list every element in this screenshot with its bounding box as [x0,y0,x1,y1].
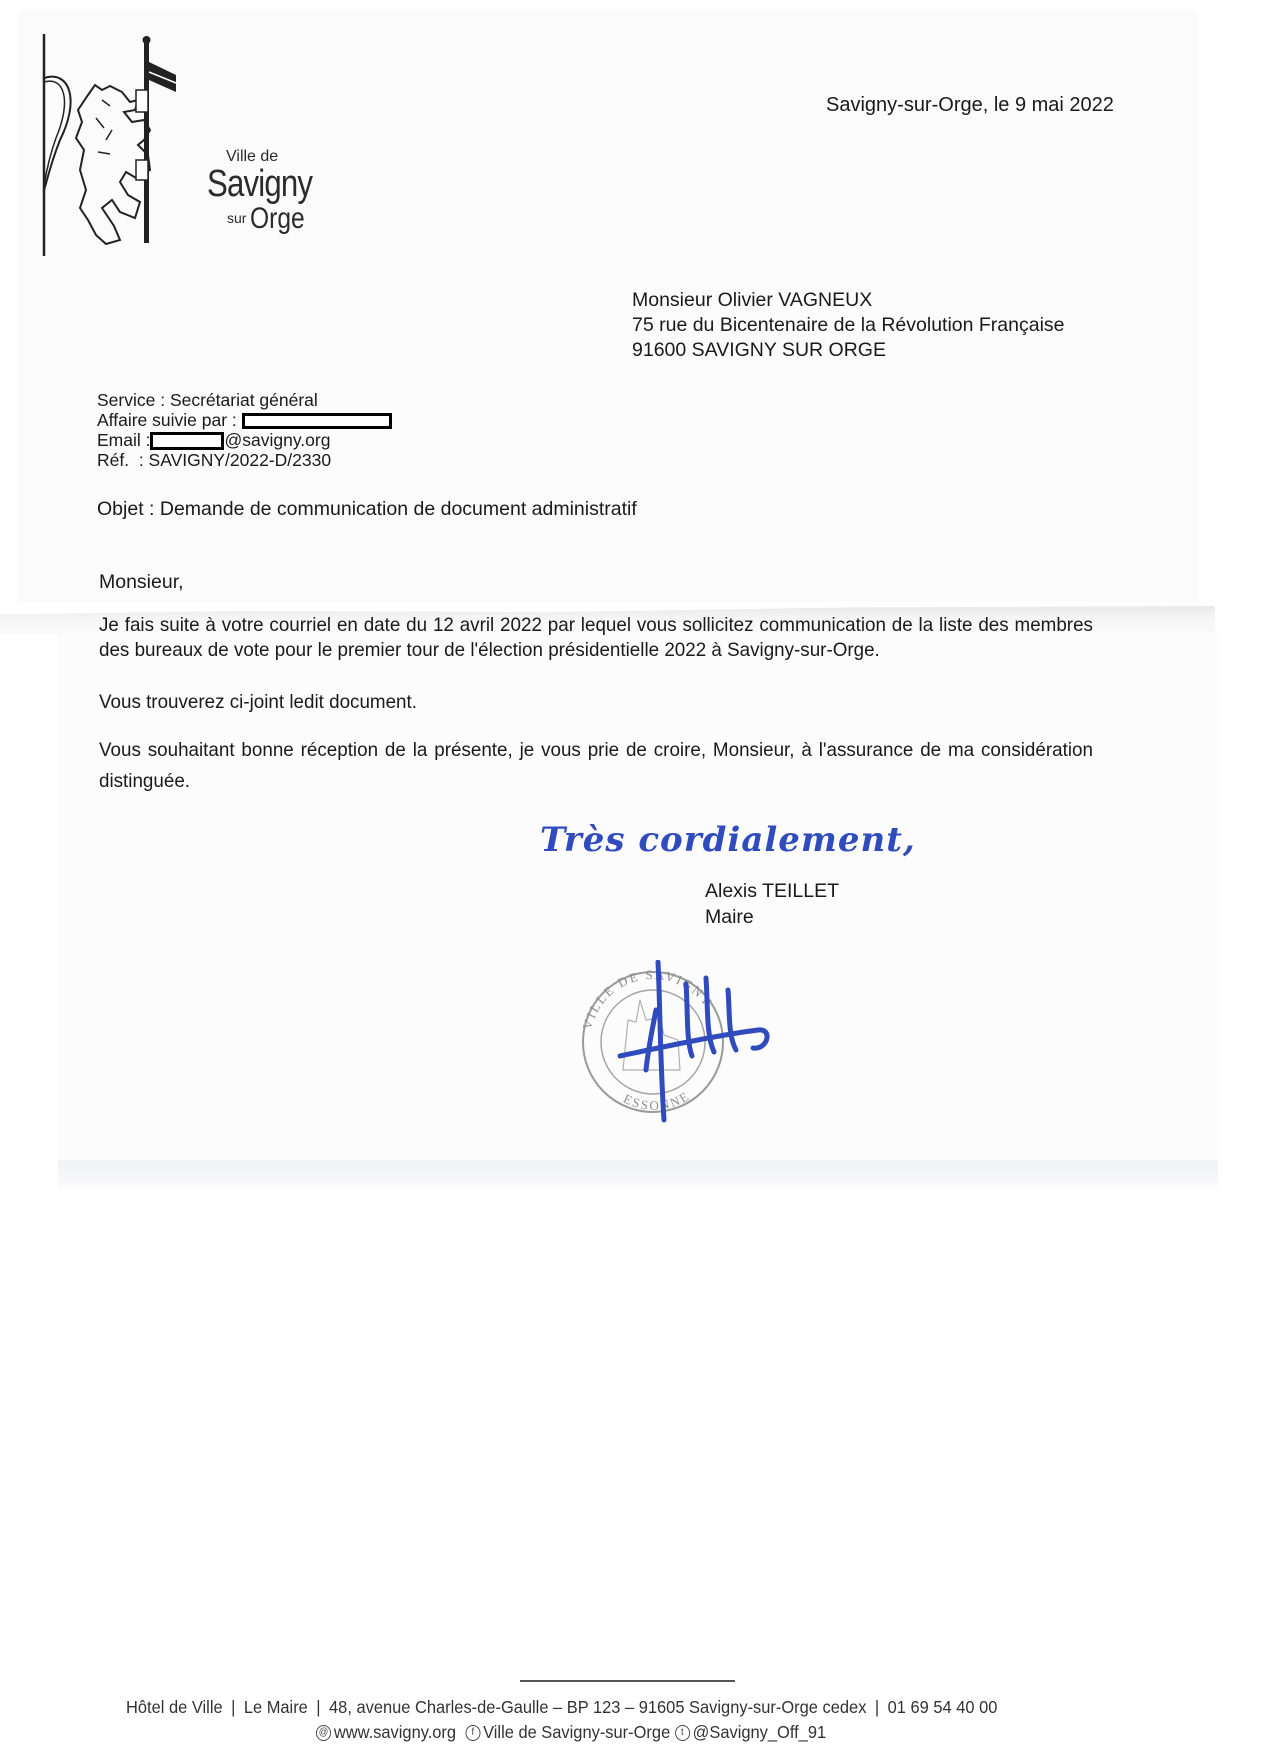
handwritten-closing: Très cordialement, [540,820,916,860]
footer-links: @www.savigny.org fVille de Savigny-sur-O… [316,1722,826,1743]
footer-hotel-de-ville: Hôtel de Ville [126,1697,223,1717]
recipient-city: 91600 SAVIGNY SUR ORGE [632,338,1065,363]
footer-twitter[interactable]: @Savigny_Off_91 [693,1722,826,1742]
signer-title: Maire [705,906,754,929]
letter-subject: Objet : Demande de communication de docu… [97,498,637,521]
footer-divider [520,1680,735,1682]
logo-savigny: Savigny [207,163,312,206]
email-domain: @savigny.org [224,430,330,450]
recipient-address: Monsieur Olivier VAGNEUX 75 rue du Bicen… [632,288,1065,363]
footer-separator: | [308,1697,329,1717]
redacted-email-user [150,432,224,450]
footer-postal-address: 48, avenue Charles-de-Gaulle – BP 123 – … [329,1697,866,1717]
body-paragraph: Vous souhaitant bonne réception de la pr… [99,735,1093,797]
redacted-name [242,413,392,429]
facebook-icon: f [465,1725,480,1741]
footer-le-maire: Le Maire [244,1697,308,1717]
service-line: Service : Secrétariat général [97,390,392,410]
footer-separator: | [866,1697,887,1717]
scan-page-edge [58,1160,1218,1192]
footer-website[interactable]: www.savigny.org [334,1722,456,1742]
reference-block: Service : Secrétariat général Affaire su… [97,390,392,470]
twitter-icon: t [675,1725,690,1741]
signer-name: Alexis TEILLET [705,880,839,903]
salutation: Monsieur, [99,571,184,594]
globe-icon: @ [316,1725,331,1741]
ref-line: Réf. : SAVIGNY/2022-D/2330 [97,450,392,470]
footer-address: Hôtel de Ville|Le Maire|48, avenue Charl… [126,1697,997,1718]
official-stamp-and-signature: VILLE DE SAVIGNY ESSONNE [568,960,788,1130]
seal-top-text: VILLE DE SAVIGNY [579,967,716,1031]
body-paragraph: Vous trouverez ci-joint ledit document. [99,690,1093,715]
footer-separator: | [223,1697,244,1717]
affaire-line: Affaire suivie par : [97,410,392,430]
affaire-label: Affaire suivie par : [97,410,237,430]
recipient-street: 75 rue du Bicentenaire de la Révolution … [632,313,1065,338]
logo-sur: sur [227,210,246,226]
footer-phone: 01 69 54 40 00 [888,1697,998,1717]
email-label: Email : [97,430,150,450]
city-logo: Ville de Savigny sur Orge [40,30,300,260]
recipient-name: Monsieur Olivier VAGNEUX [632,288,1065,313]
logo-orge: Orge [250,202,305,236]
body-paragraph: Je fais suite à votre courriel en date d… [99,613,1093,663]
svg-text:VILLE DE SAVIGNY: VILLE DE SAVIGNY [579,967,716,1031]
footer-facebook[interactable]: Ville de Savigny-sur-Orge [483,1722,670,1742]
email-line: Email :@savigny.org [97,430,392,450]
city-seal-icon: VILLE DE SAVIGNY ESSONNE [568,960,788,1130]
letter-date: Savigny-sur-Orge, le 9 mai 2022 [826,94,1114,117]
